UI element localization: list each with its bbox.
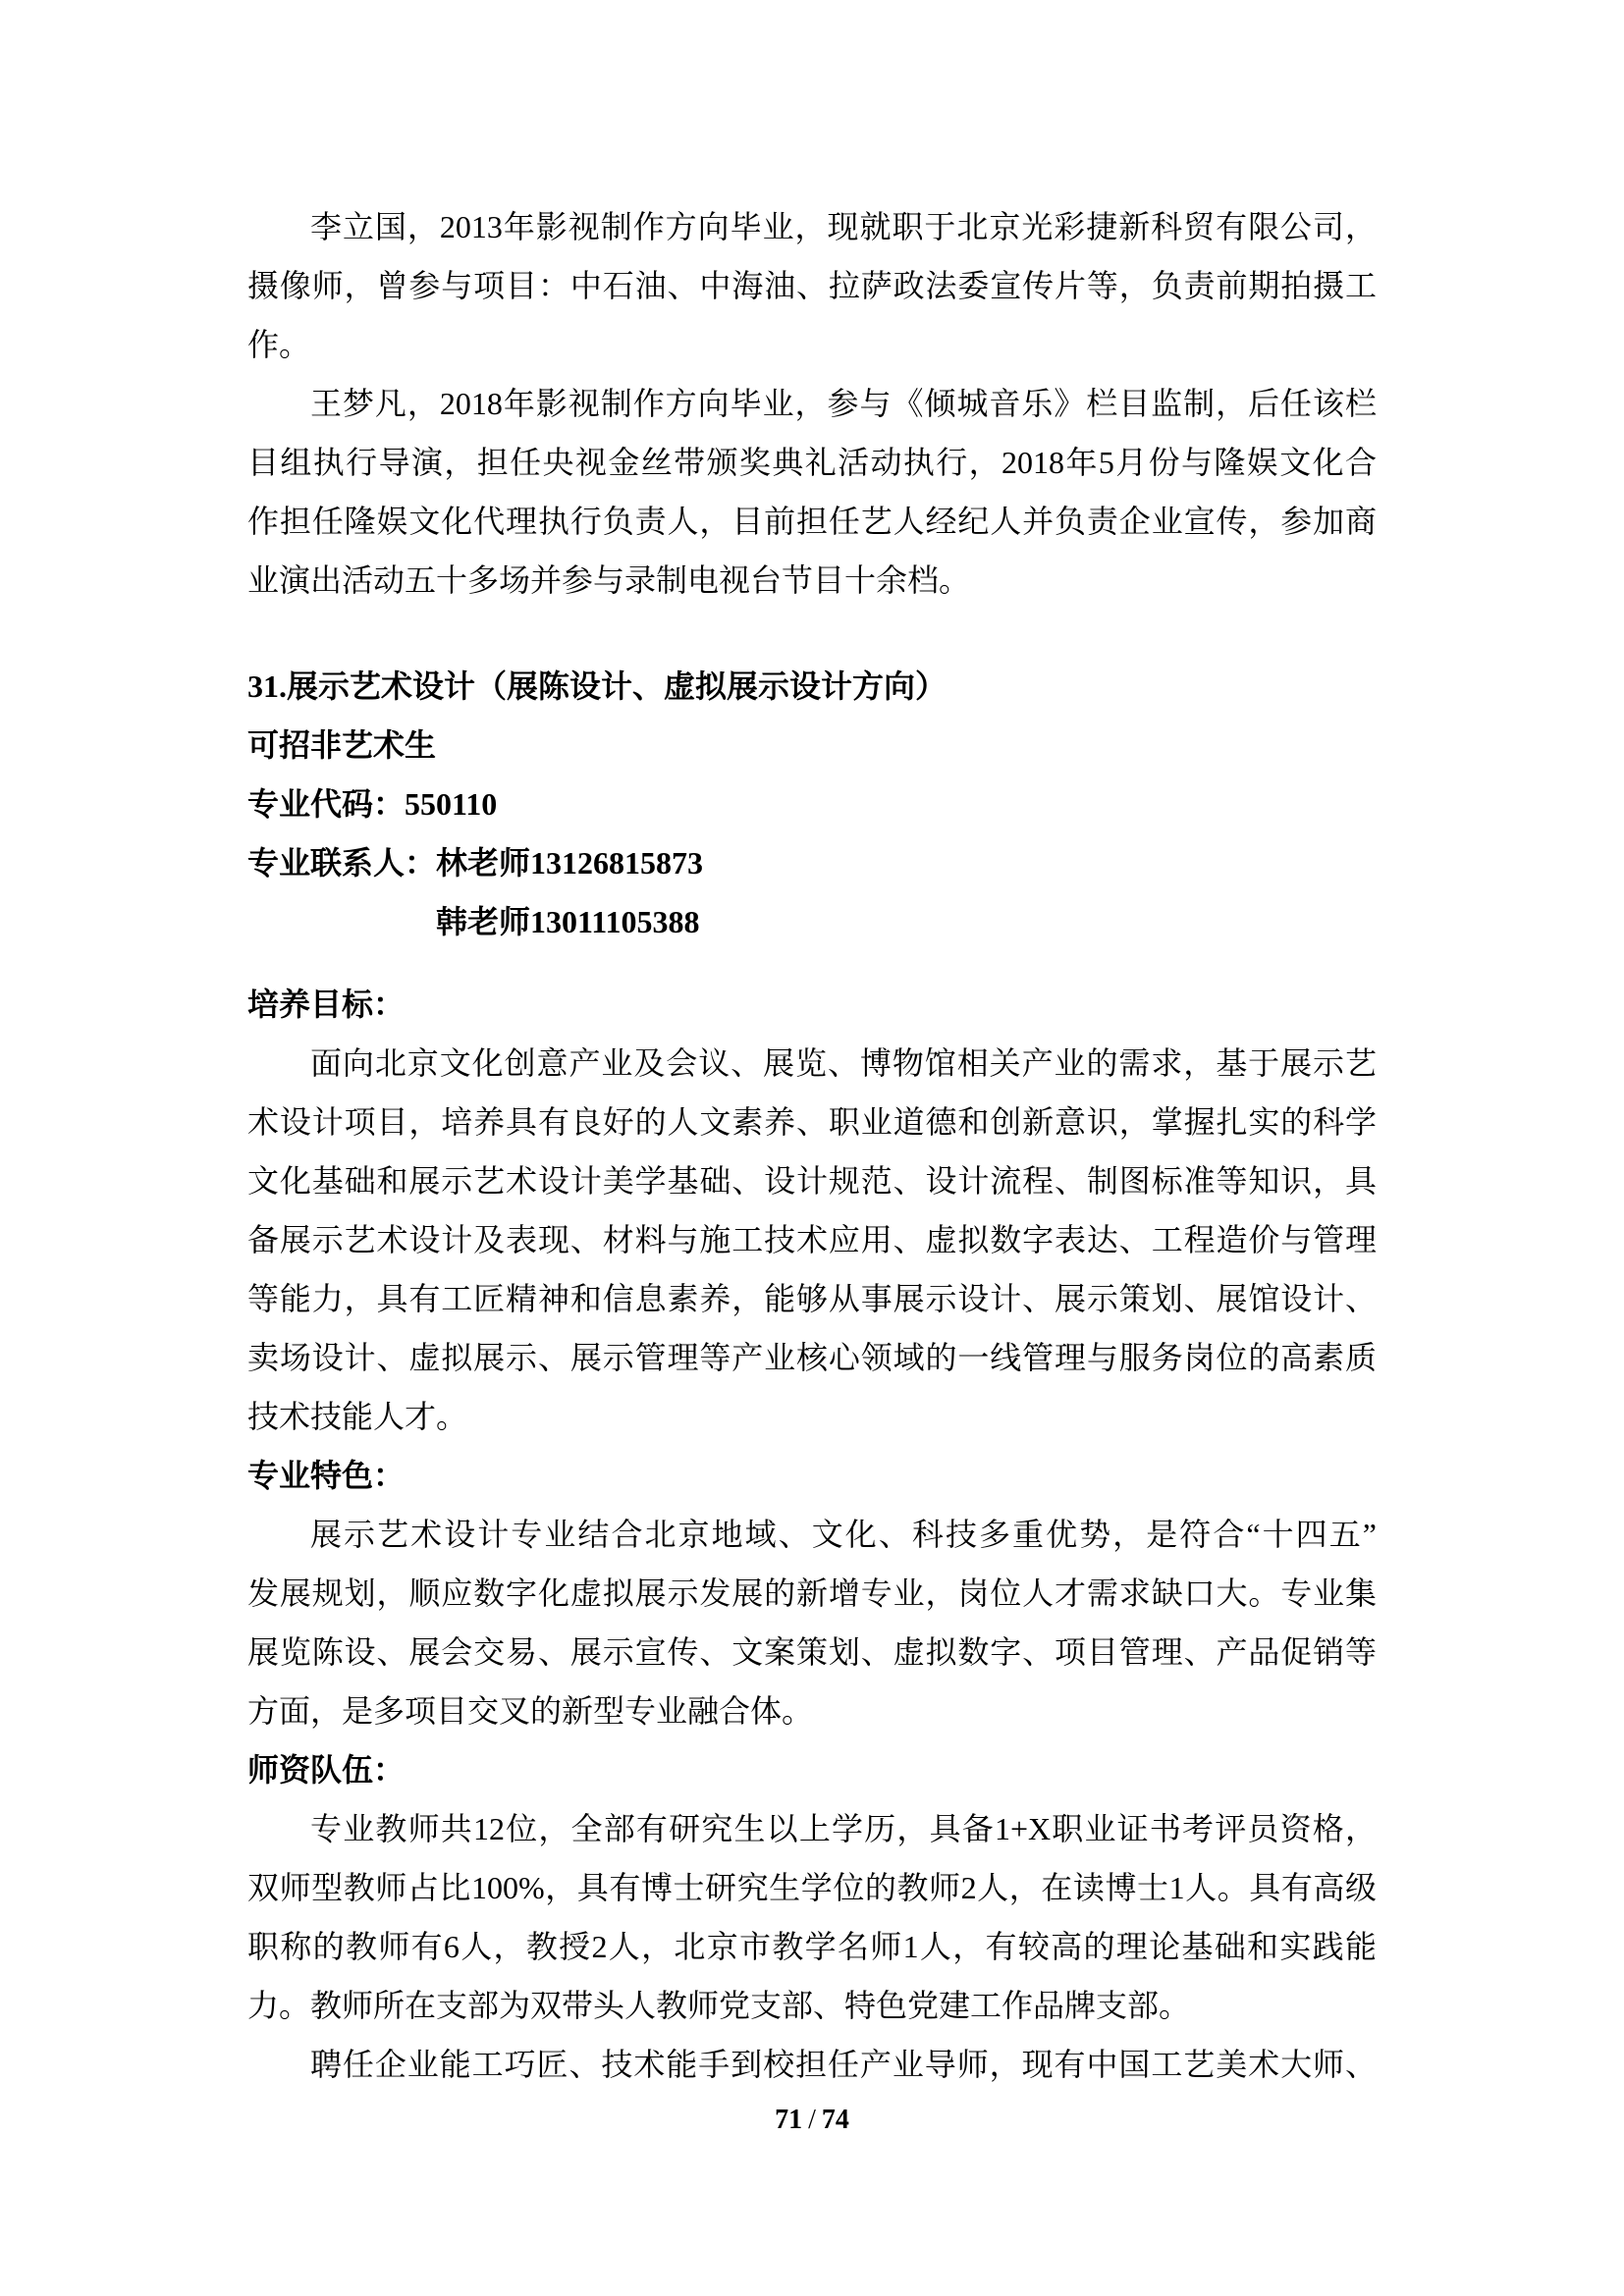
page-number: 71 bbox=[775, 2105, 802, 2135]
faculty-label: 师资队伍： bbox=[247, 1740, 1377, 1799]
major-feature-line: 展览陈设、展会交易、展示宣传、文案策划、虚拟数字、项目管理、产品促销等 bbox=[247, 1623, 1377, 1682]
major-section-title: 31.展示艺术设计（展陈设计、虚拟展示设计方向） bbox=[247, 657, 1377, 716]
training-goal-line: 备展示艺术设计及表现、材料与施工技术应用、虚拟数字表达、工程造价与管理 bbox=[247, 1210, 1377, 1269]
alumni-para2-line: 业演出活动五十多场并参与录制电视台节目十余档。 bbox=[247, 551, 1377, 610]
faculty-para1-line: 专业教师共12位，全部有研究生以上学历，具备1+X职业证书考评员资格， bbox=[247, 1799, 1377, 1858]
total-pages: 74 bbox=[822, 2105, 849, 2135]
eligibility-note: 可招非艺术生 bbox=[247, 716, 1377, 774]
training-goal-line: 技术技能人才。 bbox=[247, 1387, 1377, 1446]
major-feature-line: 发展规划，顺应数字化虚拟展示发展的新增专业，岗位人才需求缺口大。专业集 bbox=[247, 1564, 1377, 1623]
alumni-para2-line: 目组执行导演，担任央视金丝带颁奖典礼活动执行，2018年5月份与隆娱文化合 bbox=[247, 433, 1377, 492]
alumni-para2-line: 作担任隆娱文化代理执行负责人，目前担任艺人经纪人并负责企业宣传，参加商 bbox=[247, 492, 1377, 551]
alumni-para1-line: 摄像师，曾参与项目：中石油、中海油、拉萨政法委宣传片等，负责前期拍摄工 bbox=[247, 256, 1377, 315]
training-goal-line: 等能力，具有工匠精神和信息素养，能够从事展示设计、展示策划、展馆设计、 bbox=[247, 1269, 1377, 1328]
contact-line-1: 专业联系人：林老师13126815873 bbox=[247, 833, 1377, 892]
major-feature-label: 专业特色： bbox=[247, 1446, 1377, 1505]
major-code-line: 专业代码：550110 bbox=[247, 774, 1377, 833]
page-separator: / bbox=[802, 2105, 822, 2135]
training-goal-line: 文化基础和展示艺术设计美学基础、设计规范、设计流程、制图标准等知识，具 bbox=[247, 1151, 1377, 1210]
document-page: 李立国，2013年影视制作方向毕业，现就职于北京光彩捷新科贸有限公司， 摄像师，… bbox=[0, 0, 1624, 2296]
training-goal-line: 卖场设计、虚拟展示、展示管理等产业核心领域的一线管理与服务岗位的高素质 bbox=[247, 1328, 1377, 1387]
major-feature-line: 方面，是多项目交叉的新型专业融合体。 bbox=[247, 1682, 1377, 1740]
training-goal-line: 面向北京文化创意产业及会议、展览、博物馆相关产业的需求，基于展示艺 bbox=[247, 1034, 1377, 1093]
faculty-para2-line: 聘任企业能工巧匠、技术能手到校担任产业导师，现有中国工艺美术大师、 bbox=[247, 2035, 1377, 2094]
contact-line-2: 韩老师13011105388 bbox=[247, 892, 1377, 951]
page-footer: 71/74 bbox=[0, 2101, 1624, 2140]
document-body: 李立国，2013年影视制作方向毕业，现就职于北京光彩捷新科贸有限公司， 摄像师，… bbox=[247, 197, 1377, 2094]
section-spacer bbox=[247, 610, 1377, 657]
training-goal-line: 术设计项目，培养具有良好的人文素养、职业道德和创新意识，掌握扎实的科学 bbox=[247, 1093, 1377, 1151]
major-feature-line: 展示艺术设计专业结合北京地域、文化、科技多重优势，是符合“十四五” bbox=[247, 1505, 1377, 1564]
faculty-para1-line: 职称的教师有6人，教授2人，北京市教学名师1人，有较高的理论基础和实践能 bbox=[247, 1917, 1377, 1976]
section-spacer bbox=[247, 951, 1377, 975]
alumni-para2-line: 王梦凡，2018年影视制作方向毕业，参与《倾城音乐》栏目监制，后任该栏 bbox=[247, 374, 1377, 433]
alumni-para1-line: 李立国，2013年影视制作方向毕业，现就职于北京光彩捷新科贸有限公司， bbox=[247, 197, 1377, 256]
alumni-para1-line: 作。 bbox=[247, 315, 1377, 374]
faculty-para1-line: 力。教师所在支部为双带头人教师党支部、特色党建工作品牌支部。 bbox=[247, 1976, 1377, 2035]
faculty-para1-line: 双师型教师占比100%，具有博士研究生学位的教师2人，在读博士1人。具有高级 bbox=[247, 1858, 1377, 1917]
training-goal-label: 培养目标： bbox=[247, 975, 1377, 1034]
